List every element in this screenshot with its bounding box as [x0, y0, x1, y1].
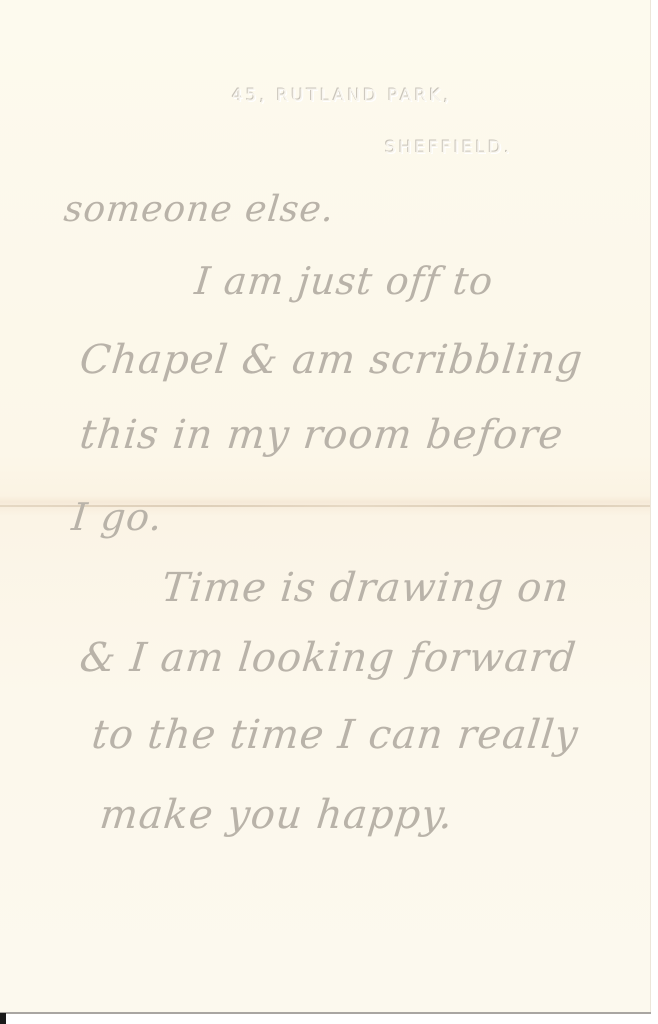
handwritten-line: this in my room before	[78, 415, 565, 455]
handwritten-line: & I am looking forward	[78, 638, 578, 678]
handwritten-line: I go.	[70, 498, 165, 536]
letterhead-city: SHEFFIELD.	[385, 138, 513, 158]
handwritten-line: Time is drawing on	[160, 568, 572, 608]
letterhead-address: 45, RUTLAND PARK,	[232, 86, 452, 106]
handwritten-line: I am just off to	[193, 262, 495, 300]
handwritten-line: make you happy.	[98, 795, 456, 835]
handwritten-line: someone else.	[62, 192, 336, 228]
handwritten-line: Chapel & am scribbling	[78, 340, 585, 380]
letter-page: 45, RUTLAND PARK, SHEFFIELD. someone els…	[0, 0, 651, 1012]
handwritten-line: to the time I can really	[90, 715, 581, 755]
scan-corner-mark	[0, 1013, 6, 1024]
